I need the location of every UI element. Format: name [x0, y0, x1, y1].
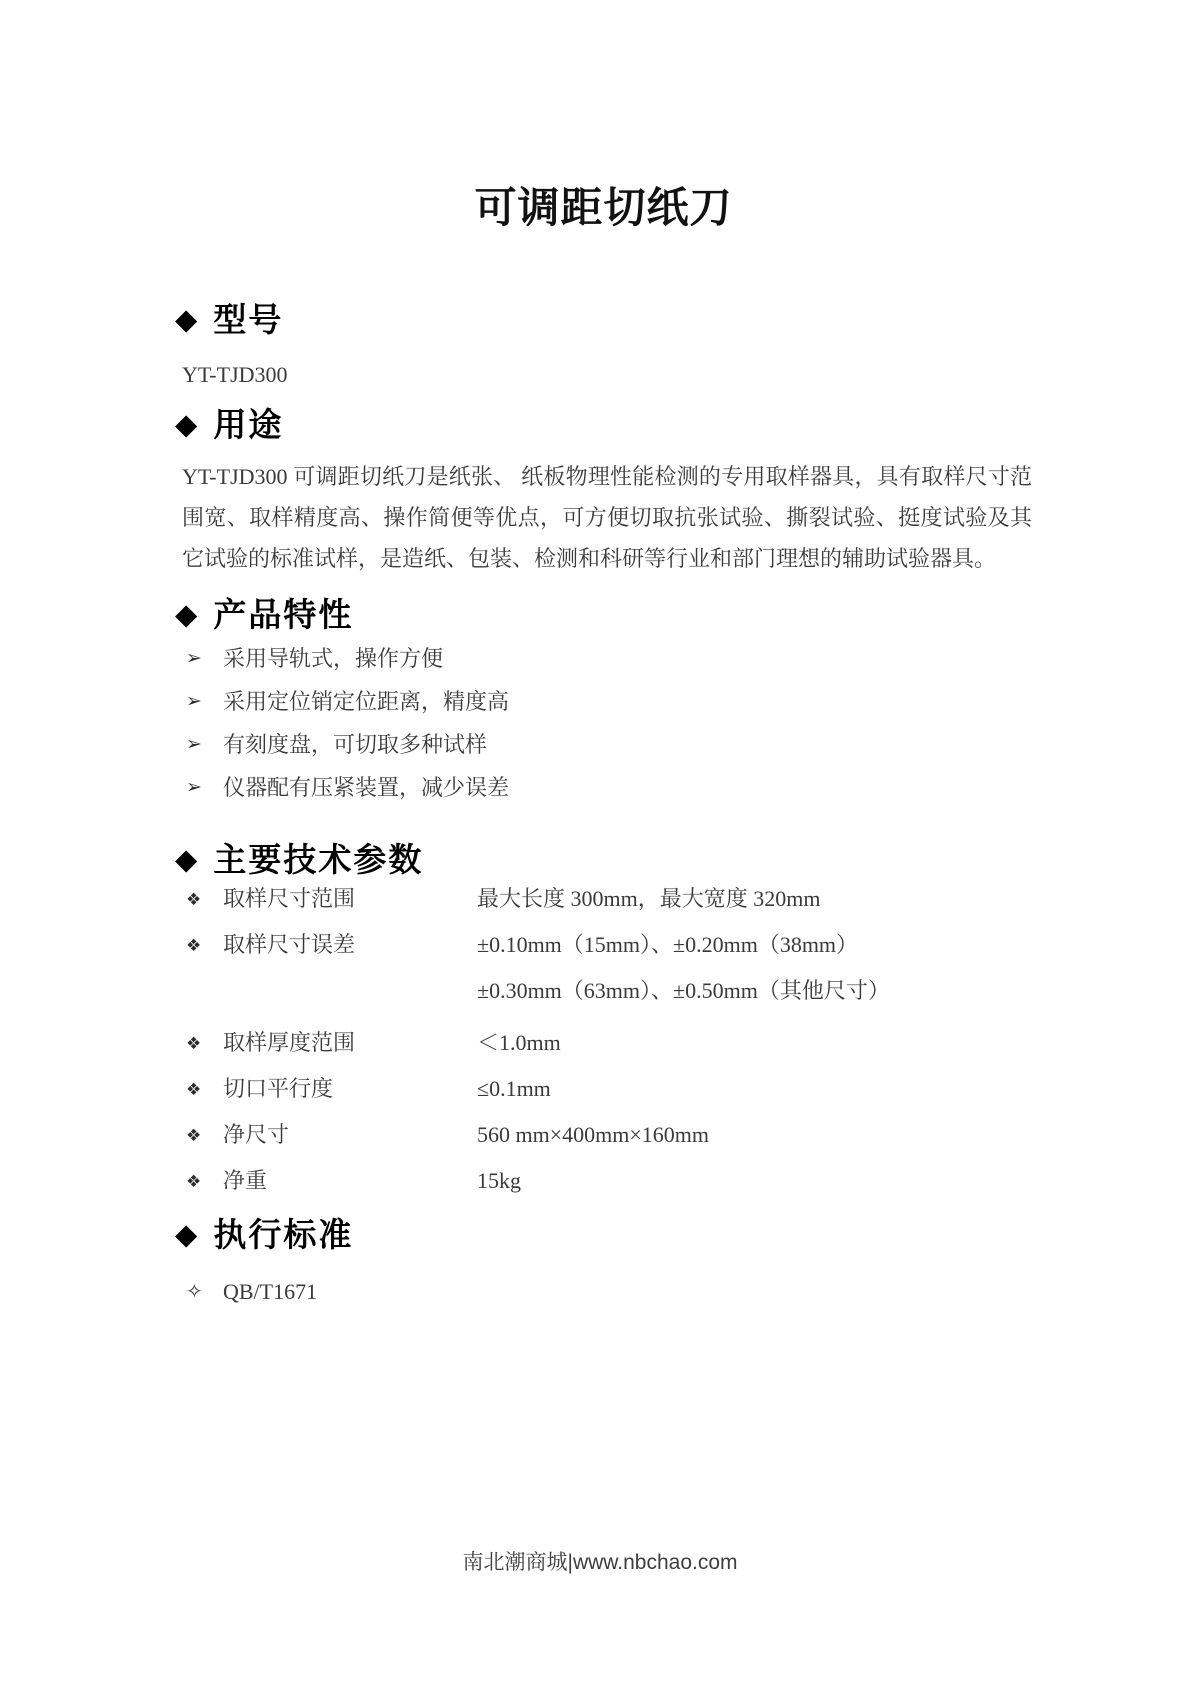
spec-label: 取样厚度范围: [223, 1030, 355, 1055]
diamond-cluster-bullet-icon: ❖: [186, 888, 201, 913]
spec-value: 最大长度 300mm，最大宽度 320mm: [477, 886, 820, 911]
section-heading-model-label: 型号: [213, 300, 283, 340]
usage-paragraph: YT-TJD300 可调距切纸刀是纸张、 纸板物理性能检测的专用取样器具，具有取…: [182, 456, 1032, 579]
feature-text: 采用导轨式，操作方便: [223, 646, 443, 671]
standard-code: QB/T1671: [223, 1279, 317, 1304]
list-item: ➢ 有刻度盘，可切取多种试样: [175, 723, 1032, 766]
list-item: ➢ 仪器配有压紧装置，减少误差: [175, 766, 1032, 809]
diamond-cluster-bullet-icon: ❖: [186, 1032, 201, 1057]
spec-value: ±0.30mm（63mm）、±0.50mm（其他尺寸）: [477, 978, 890, 1003]
spec-value: ±0.10mm（15mm）、±0.20mm（38mm）: [477, 932, 858, 957]
feature-text: 有刻度盘，可切取多种试样: [223, 732, 487, 757]
arrow-bullet-icon: ➢: [186, 766, 202, 809]
arrow-bullet-icon: ➢: [186, 680, 202, 723]
section-diamond-icon: ◆: [175, 1215, 197, 1255]
arrow-bullet-icon: ➢: [186, 637, 202, 680]
document-page: 可调距切纸刀 ◆ 型号 YT-TJD300 ◆ 用途 YT-TJD300 可调距…: [0, 0, 1200, 1697]
section-diamond-icon: ◆: [175, 595, 197, 635]
feature-list: ➢ 采用导轨式，操作方便 ➢ 采用定位销定位距离，精度高 ➢ 有刻度盘，可切取多…: [175, 637, 1032, 809]
section-heading-features-label: 产品特性: [213, 595, 353, 635]
spec-label: 取样尺寸范围: [223, 886, 355, 911]
section-heading-usage: ◆ 用途: [175, 405, 283, 445]
list-item: ➢ 采用定位销定位距离，精度高: [175, 680, 1032, 723]
diamond-cluster-bullet-icon: ❖: [186, 1124, 201, 1149]
section-heading-features: ◆ 产品特性: [175, 595, 353, 635]
diamond-cluster-bullet-icon: ❖: [186, 1170, 201, 1195]
spec-label: 净重: [223, 1168, 267, 1193]
page-footer: 南北潮商城|www.nbchao.com: [0, 1550, 1200, 1575]
model-number: YT-TJD300: [182, 362, 288, 388]
document-content: 可调距切纸刀 ◆ 型号 YT-TJD300 ◆ 用途 YT-TJD300 可调距…: [175, 0, 1032, 1697]
section-diamond-icon: ◆: [175, 300, 197, 340]
section-heading-specs: ◆ 主要技术参数: [175, 840, 423, 880]
spec-value: 15kg: [477, 1168, 521, 1193]
arrow-bullet-icon: ➢: [186, 723, 202, 766]
section-heading-specs-label: 主要技术参数: [213, 840, 423, 880]
spec-value: ≤0.1mm: [477, 1076, 551, 1101]
list-item: ➢ 采用导轨式，操作方便: [175, 637, 1032, 680]
spec-value: ＜1.0mm: [477, 1030, 561, 1055]
spec-label: 取样尺寸误差: [223, 932, 355, 957]
section-heading-model: ◆ 型号: [175, 300, 283, 340]
feature-text: 仪器配有压紧装置，减少误差: [223, 775, 509, 800]
spec-value: 560 mm×400mm×160mm: [477, 1122, 709, 1147]
section-diamond-icon: ◆: [175, 840, 197, 880]
section-heading-standard-label: 执行标准: [213, 1215, 353, 1255]
diamond-cluster-bullet-icon: ❖: [186, 934, 201, 959]
spec-label: 切口平行度: [223, 1076, 333, 1101]
section-diamond-icon: ◆: [175, 405, 197, 445]
spec-label: 净尺寸: [223, 1122, 289, 1147]
four-pointed-star-bullet-icon: ✧: [186, 1279, 203, 1304]
feature-text: 采用定位销定位距离，精度高: [223, 689, 509, 714]
section-heading-standard: ◆ 执行标准: [175, 1215, 353, 1255]
section-heading-usage-label: 用途: [213, 405, 283, 445]
page-title: 可调距切纸刀: [175, 183, 1032, 235]
diamond-cluster-bullet-icon: ❖: [186, 1078, 201, 1103]
